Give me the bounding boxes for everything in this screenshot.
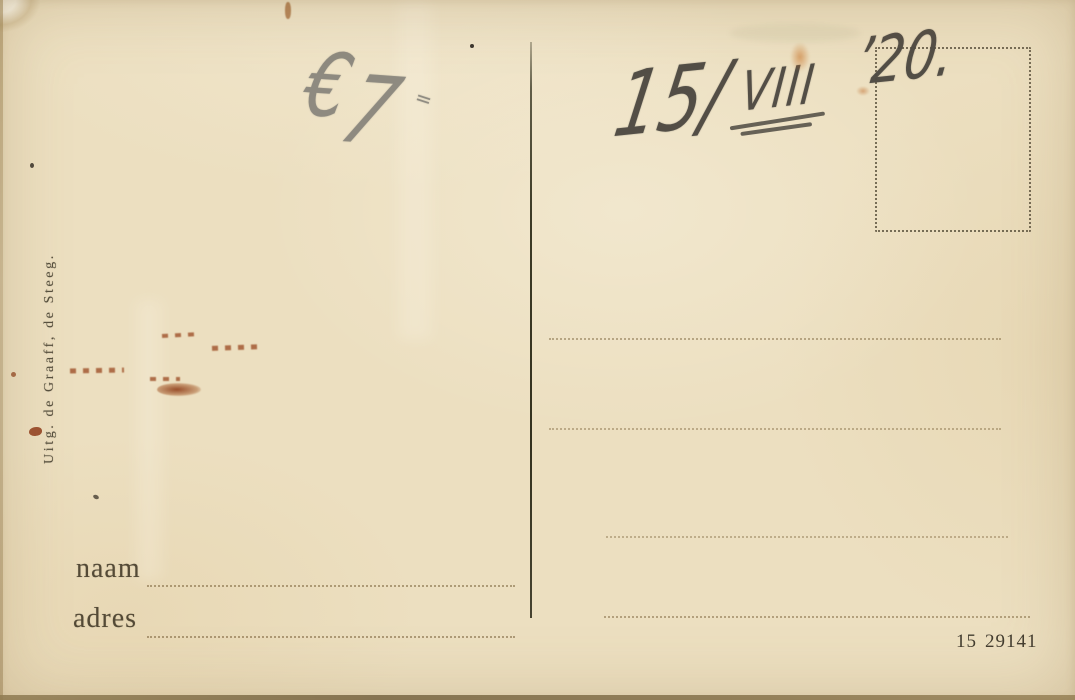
address-line <box>606 536 1008 538</box>
card-edge <box>0 0 3 700</box>
rust-stain <box>212 344 262 351</box>
address-line <box>549 338 1001 340</box>
serial-value: 29141 <box>985 631 1038 652</box>
price-suffix: = <box>413 86 436 111</box>
rust-stain <box>285 2 291 19</box>
paper-speck <box>30 163 34 168</box>
date-month: VIII <box>738 57 818 120</box>
date-day: 15/ <box>609 49 735 151</box>
address-line <box>549 428 1001 430</box>
rust-stain <box>70 368 124 374</box>
rust-stain <box>150 377 180 381</box>
bent-corner <box>0 0 40 32</box>
handwritten-price: €7 = <box>297 36 419 138</box>
address-line <box>604 616 1030 618</box>
rust-stain <box>162 332 200 338</box>
center-divider-line <box>530 42 532 618</box>
serial-number: 1529141 <box>956 631 1038 653</box>
card-edge <box>0 695 1075 700</box>
rust-stain <box>157 383 201 396</box>
name-line <box>147 585 515 587</box>
postcard-back: Uitg. de Graaff, de Steeg. €7 = 15/VIII’… <box>0 0 1075 700</box>
rust-stain <box>29 427 42 436</box>
address-label-line <box>147 636 515 638</box>
paper-speck <box>470 44 474 48</box>
rust-stain <box>11 372 16 377</box>
paper-speck <box>92 494 99 500</box>
name-label: naam <box>76 553 141 585</box>
serial-prefix: 15 <box>956 631 977 652</box>
date-month-wrap: VIII <box>729 57 827 120</box>
address-label: adres <box>73 603 137 635</box>
date-year: ’20. <box>852 20 958 96</box>
paper-sheen <box>136 300 162 580</box>
publisher-imprint: Uitg. de Graaff, de Steeg. <box>42 253 58 464</box>
